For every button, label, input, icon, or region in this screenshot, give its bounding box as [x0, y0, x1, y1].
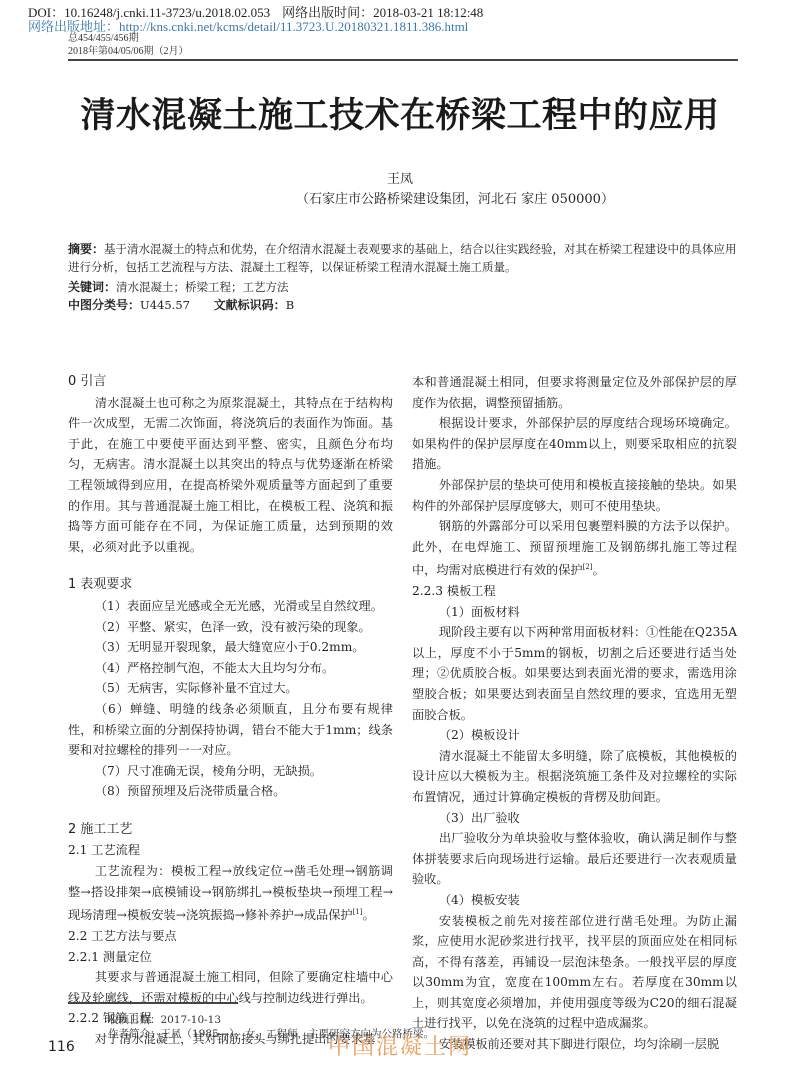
abstract-text: 基于清水混凝土的特点和优势，在介绍清水混凝土表观要求的基础上，结合以往实践经验，… [68, 242, 737, 274]
subheading-formwork-install: （4）模板安装 [412, 890, 737, 911]
paper-title: 清水混凝土施工技术在桥梁工程中的应用 [0, 88, 800, 138]
paragraph-panel-material: 现阶段主要有以下两种常用面板材料：①性能在Q235A以上，厚度不小于5mm的钢板… [412, 622, 737, 725]
subheading-factory-acceptance: （3）出厂验收 [412, 808, 737, 829]
process-flow-text: 工艺流程为：模板工程→放线定位→凿毛处理→钢筋调整→搭设排架→底模铺设→钢筋绑扎… [68, 864, 393, 922]
classification: 中图分类号：U445.57 文献标识码：B [68, 296, 738, 314]
req-item-8: （8）预留预埋及后浇带质量合格。 [68, 781, 393, 802]
paragraph-cover-thickness: 根据设计要求，外部保护层的厚度结合现场环境确定。如果构件的保护层厚度在40mm以… [412, 413, 737, 475]
section-2-2-1-heading: 2.2.1 测量定位 [68, 947, 393, 968]
req-item-1: （1）表面应呈光感或全无光感，光滑或呈自然纹理。 [68, 596, 393, 617]
section-2-1-heading: 2.1 工艺流程 [68, 840, 393, 861]
req-item-2: （2）平整、紧实，色泽一致，没有被污染的现象。 [68, 617, 393, 638]
doc-code-value: B [286, 298, 294, 312]
continued-paragraph: 本和普通混凝土相同，但要求将测量定位及外部保护层的厚度作为依据，调整预留插筋。 [412, 372, 737, 413]
section-0-paragraph: 清水混凝土也可称之为原浆混凝土，其特点在于结构构件一次成型，无需二次饰面，将浇筑… [68, 393, 393, 558]
period: 。 [363, 908, 375, 922]
section-2-heading: 2 施工工艺 [68, 820, 393, 841]
citation-1[interactable]: [1] [353, 908, 363, 916]
req-item-6: （6）蝉缝、明缝的线条必须顺直，且分布要有规律性，和桥梁立面的分割保持协调，错台… [68, 699, 393, 761]
paragraph-rebar-protection: 钢筋的外露部分可以采用包裹塑料膜的方法予以保护。此外，在电焊施工、预留预埋施工及… [412, 516, 737, 581]
doc-code-label: 文献标识码： [214, 298, 286, 312]
subheading-panel-material: （1）面板材料 [412, 602, 737, 623]
footnote-divider [68, 1002, 238, 1004]
keywords-text: 清水混凝土；桥梁工程；工艺方法 [116, 280, 289, 294]
paragraph-factory-acceptance: 出厂验收分为单块验收与整体验收，确认满足制作与整体拼装要求后向现场进行运输。最后… [412, 828, 737, 890]
abstract: 摘要：基于清水混凝土的特点和优势，在介绍清水混凝土表观要求的基础上，结合以往实践… [68, 240, 738, 276]
req-item-5: （5）无病害，实际修补量不宜过大。 [68, 678, 393, 699]
abstract-label: 摘要： [68, 242, 104, 256]
paragraph-formwork-design: 清水混凝土不能留太多明缝，除了底模板，其他模板的设计应以大模板为主。根据浇筑施工… [412, 746, 737, 808]
rebar-protection-text: 钢筋的外露部分可以采用包裹塑料膜的方法予以保护。此外，在电焊施工、预留预埋施工及… [412, 519, 737, 577]
author-affiliation: （石家庄市公路桥梁建设集团，河北石 家庄 050000） [0, 188, 800, 207]
req-item-7: （7）尺寸准确无误，棱角分明，无缺损。 [68, 761, 393, 782]
right-column: 本和普通混凝土相同，但要求将测量定位及外部保护层的厚度作为依据，调整预留插筋。 … [412, 372, 737, 1055]
watermark-logo: 中国混凝土网 [328, 1030, 472, 1061]
page-number: 116 [48, 1039, 75, 1055]
clc-value: U445.57 [140, 296, 210, 314]
section-2-1-paragraph: 工艺流程为：模板工程→放线定位→凿毛处理→钢筋调整→搭设排架→底模铺设→钢筋绑扎… [68, 861, 393, 926]
section-2-2-3-heading: 2.2.3 模板工程 [412, 581, 737, 602]
keywords-label: 关键词： [68, 280, 116, 294]
paragraph-formwork-install-1: 安装模板之前先对接茬部位进行凿毛处理。为防止漏浆，应使用水泥砂浆进行找平，找平层… [412, 911, 737, 1035]
section-0-heading: 0 引言 [68, 372, 393, 393]
header-divider [68, 59, 738, 61]
subheading-formwork-design: （2）模板设计 [412, 725, 737, 746]
clc-label: 中图分类号： [68, 298, 140, 312]
citation-2[interactable]: [2] [583, 563, 593, 571]
period: 。 [593, 563, 605, 577]
section-1-heading: 1 表观要求 [68, 575, 393, 596]
keywords: 关键词：清水混凝土；桥梁工程；工艺方法 [68, 278, 738, 296]
paragraph-spacer-blocks: 外部保护层的垫块可使用和模板直接接触的垫块。如果构件的外部保护层厚度够大，则可不… [412, 475, 737, 516]
req-item-4: （4）严格控制气泡，不能太大且均匀分布。 [68, 658, 393, 679]
section-2-2-heading: 2.2 工艺方法与要点 [68, 926, 393, 947]
req-item-3: （3）无明显开裂现象，最大缝宽应小于0.2mm。 [68, 637, 393, 658]
received-date: 收稿日期：2017-10-13 [108, 1012, 221, 1027]
author-name: 王凤 [0, 168, 800, 187]
issue-number: 2018年第04/05/06期（2月） [68, 42, 189, 57]
left-column: 0 引言 清水混凝土也可称之为原浆混凝土，其特点在于结构构件一次成型，无需二次饰… [68, 372, 393, 1049]
